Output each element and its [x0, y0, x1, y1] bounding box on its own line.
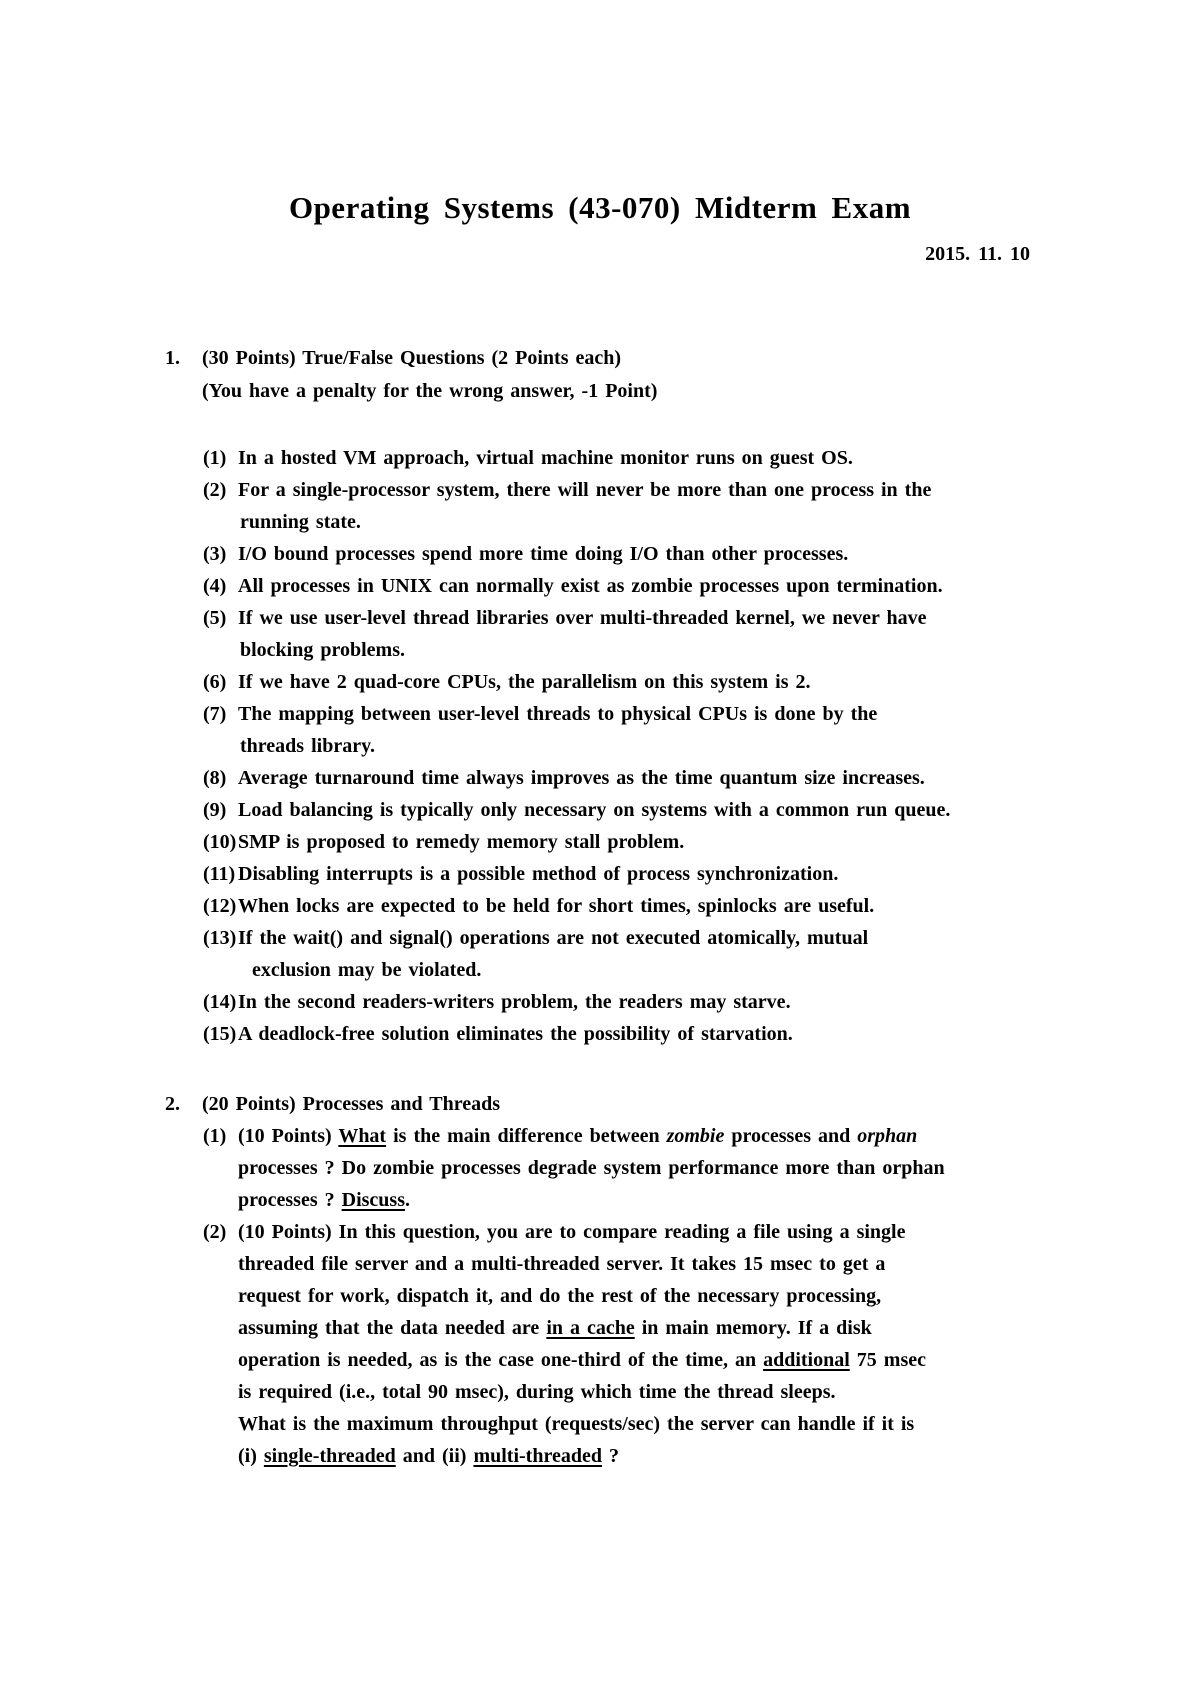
tf-question-5: (5) If we use user-level thread librarie… — [203, 602, 1085, 634]
question-number: (11) — [203, 858, 238, 890]
question-number: (12) — [203, 890, 238, 922]
question-text: For a single-processor system, there wil… — [238, 474, 931, 506]
question-number: (6) — [203, 666, 238, 698]
tf-question-6: (6) If we have 2 quad-core CPUs, the par… — [203, 666, 1085, 698]
section-processes-threads: 2. (20 Points) Processes and Threads (1)… — [165, 1088, 1085, 1472]
question-text: In a hosted VM approach, virtual machine… — [238, 442, 853, 474]
tf-question-4: (4) All processes in UNIX can normally e… — [203, 570, 1085, 602]
question-number: (10) — [203, 826, 238, 858]
question-number: (1) — [203, 442, 238, 474]
tf-question-2: (2) For a single-processor system, there… — [203, 474, 1085, 506]
section-2-heading: (20 Points) Processes and Threads — [202, 1088, 500, 1120]
question-number: (2) — [203, 474, 238, 506]
question-number: (7) — [203, 698, 238, 730]
question-text: I/O bound processes spend more time doin… — [238, 538, 848, 570]
question-text: When locks are expected to be held for s… — [238, 890, 874, 922]
underlined-text: additional — [763, 1349, 850, 1371]
text-segment: assuming that the data needed are — [238, 1317, 546, 1339]
text-segment: (10 Points) In this question, you are to… — [238, 1221, 906, 1243]
question-number: (2) — [203, 1216, 238, 1248]
question-2-1: (1) (10 Points) What is the main differe… — [203, 1120, 1085, 1152]
tf-question-12: (12) When locks are expected to be held … — [203, 890, 1085, 922]
tf-question-15: (15) A deadlock-free solution eliminates… — [203, 1018, 1085, 1050]
question-text-continued: What is the maximum throughput (requests… — [238, 1408, 1085, 1440]
section-2-number: 2. — [165, 1088, 202, 1120]
tf-question-7: (7) The mapping between user-level threa… — [203, 698, 1085, 730]
question-text: The mapping between user-level threads t… — [238, 698, 877, 730]
tf-question-1: (1) In a hosted VM approach, virtual mac… — [203, 442, 1085, 474]
question-text: If the wait() and signal() operations ar… — [238, 922, 868, 954]
question-text-continued: assuming that the data needed are in a c… — [238, 1312, 1085, 1344]
text-segment: . — [405, 1189, 410, 1211]
text-segment: processes ? Do zombie processes degrade … — [238, 1157, 945, 1179]
section-2-items: (1) (10 Points) What is the main differe… — [203, 1120, 1085, 1472]
question-text-continued: processes ? Do zombie processes degrade … — [238, 1152, 1085, 1184]
text-segment: and (ii) — [396, 1445, 474, 1467]
question-number: (9) — [203, 794, 238, 826]
question-text-continued: (i) single-threaded and (ii) multi-threa… — [238, 1440, 1085, 1472]
question-text: If we use user-level thread libraries ov… — [238, 602, 927, 634]
tf-question-10: (10) SMP is proposed to remedy memory st… — [203, 826, 1085, 858]
true-false-items: (1) In a hosted VM approach, virtual mac… — [203, 442, 1085, 1050]
question-text-continued: threaded file server and a multi-threade… — [238, 1248, 1085, 1280]
text-segment: threaded file server and a multi-threade… — [238, 1253, 885, 1275]
question-number: (15) — [203, 1018, 238, 1050]
tf-question-11: (11) Disabling interrupts is a possible … — [203, 858, 1085, 890]
underlined-text: Discuss — [342, 1189, 405, 1211]
section-true-false: 1. (30 Points) True/False Questions (2 P… — [165, 342, 1085, 1050]
underlined-text: multi-threaded — [473, 1445, 602, 1467]
exam-title: Operating Systems (43-070) Midterm Exam — [0, 190, 1200, 226]
tf-question-14: (14) In the second readers-writers probl… — [203, 986, 1085, 1018]
section-1-number: 1. — [165, 342, 202, 374]
question-text: In the second readers-writers problem, t… — [238, 986, 791, 1018]
question-text-continued: threads library. — [240, 730, 1085, 762]
question-number: (3) — [203, 538, 238, 570]
text-segment: is required (i.e., total 90 msec), durin… — [238, 1381, 836, 1403]
question-text: Average turnaround time always improves … — [238, 762, 925, 794]
question-number: (1) — [203, 1120, 238, 1152]
question-text: If we have 2 quad-core CPUs, the paralle… — [238, 666, 811, 698]
text-segment: processes ? — [238, 1189, 342, 1211]
question-text: A deadlock-free solution eliminates the … — [238, 1018, 793, 1050]
question-text: (10 Points) What is the main difference … — [238, 1120, 917, 1152]
question-text: Disabling interrupts is a possible metho… — [238, 858, 838, 890]
question-number: (5) — [203, 602, 238, 634]
text-segment: request for work, dispatch it, and do th… — [238, 1285, 881, 1307]
italic-text: orphan — [857, 1125, 917, 1147]
section-1-heading-row: 1. (30 Points) True/False Questions (2 P… — [165, 342, 1085, 374]
question-text-continued: processes ? Discuss. — [238, 1184, 1085, 1216]
italic-text: zombie — [667, 1125, 725, 1147]
question-text: Load balancing is typically only necessa… — [238, 794, 950, 826]
section-1-heading: (30 Points) True/False Questions (2 Poin… — [202, 342, 621, 374]
question-text-continued: blocking problems. — [240, 634, 1085, 666]
exam-date: 2015. 11. 10 — [925, 243, 1030, 266]
question-number: (13) — [203, 922, 238, 954]
question-text-continued: operation is needed, as is the case one-… — [238, 1344, 1085, 1376]
question-text-continued: is required (i.e., total 90 msec), durin… — [238, 1376, 1085, 1408]
question-text: (10 Points) In this question, you are to… — [238, 1216, 906, 1248]
text-segment: 75 msec — [850, 1349, 926, 1371]
tf-question-8: (8) Average turnaround time always impro… — [203, 762, 1085, 794]
question-number: (14) — [203, 986, 238, 1018]
text-segment: ? — [602, 1445, 619, 1467]
question-text-continued: request for work, dispatch it, and do th… — [238, 1280, 1085, 1312]
section-2-heading-row: 2. (20 Points) Processes and Threads — [165, 1088, 1085, 1120]
exam-page: Operating Systems (43-070) Midterm Exam … — [0, 0, 1200, 1697]
question-text: All processes in UNIX can normally exist… — [238, 570, 943, 602]
text-segment: processes and — [724, 1125, 857, 1147]
tf-question-13: (13) If the wait() and signal() operatio… — [203, 922, 1085, 954]
text-segment: is the main difference between — [386, 1125, 666, 1147]
question-text-continued: running state. — [240, 506, 1085, 538]
question-number: (8) — [203, 762, 238, 794]
question-number: (4) — [203, 570, 238, 602]
text-segment: operation is needed, as is the case one-… — [238, 1349, 763, 1371]
text-segment: (10 Points) — [238, 1125, 338, 1147]
text-segment: What is the maximum throughput (requests… — [238, 1413, 914, 1435]
text-segment: in main memory. If a disk — [635, 1317, 872, 1339]
text-segment: (i) — [238, 1445, 264, 1467]
question-text-continued: exclusion may be violated. — [252, 954, 1085, 986]
underlined-text: in a cache — [546, 1317, 634, 1339]
question-2-2: (2) (10 Points) In this question, you ar… — [203, 1216, 1085, 1248]
tf-question-3: (3) I/O bound processes spend more time … — [203, 538, 1085, 570]
section-1-penalty-note: (You have a penalty for the wrong answer… — [202, 375, 1085, 407]
tf-question-9: (9) Load balancing is typically only nec… — [203, 794, 1085, 826]
question-text: SMP is proposed to remedy memory stall p… — [238, 826, 684, 858]
underlined-text: single-threaded — [264, 1445, 396, 1467]
underlined-text: What — [338, 1125, 386, 1147]
